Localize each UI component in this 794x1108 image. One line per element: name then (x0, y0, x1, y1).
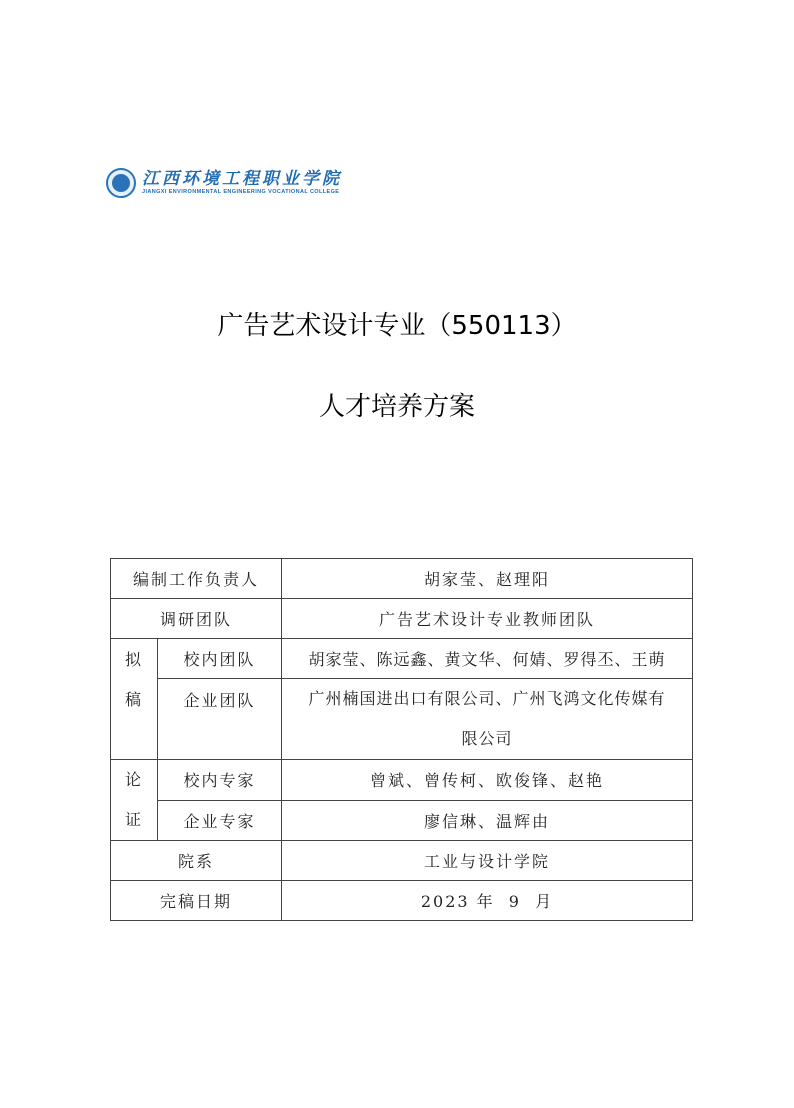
label-cell: 校内专家 (158, 760, 282, 801)
college-logo: 江西环境工程职业学院 JIANGXI ENVIRONMENTAL ENGINEE… (106, 168, 342, 198)
value-cell: 2023 年 9 月 (282, 881, 693, 921)
document-title: 广告艺术设计专业（550113） (0, 305, 794, 342)
group-label-char: 拟 (111, 640, 157, 680)
document-subtitle: 人才培养方案 (0, 386, 794, 423)
value-cell: 广州楠国进出口有限公司、广州飞鸿文化传媒有 限公司 (282, 679, 693, 760)
label-cell: 校内团队 (158, 639, 282, 679)
label-cell: 完稿日期 (111, 881, 282, 921)
label-cell: 企业专家 (158, 800, 282, 841)
table-row: 企业专家 廖信琳、温辉由 (111, 800, 693, 841)
group-label-char: 稿 (111, 680, 157, 720)
value-cell: 胡家莹、陈远鑫、黄文华、何婧、罗得丕、王萌 (282, 639, 693, 679)
table-row: 编制工作负责人 胡家莹、赵理阳 (111, 559, 693, 599)
label-cell: 编制工作负责人 (111, 559, 282, 599)
value-cell: 工业与设计学院 (282, 841, 693, 881)
label-cell: 院系 (111, 841, 282, 881)
table-row: 完稿日期 2023 年 9 月 (111, 881, 693, 921)
table-row: 调研团队 广告艺术设计专业教师团队 (111, 599, 693, 639)
value-cell: 廖信琳、温辉由 (282, 800, 693, 841)
label-cell: 企业团队 (158, 679, 282, 760)
table-row: 论 证 校内专家 曾斌、曾传柯、欧俊锋、赵艳 (111, 760, 693, 801)
table-row: 企业团队 广州楠国进出口有限公司、广州飞鸿文化传媒有 限公司 (111, 679, 693, 760)
value-cell: 胡家莹、赵理阳 (282, 559, 693, 599)
value-cell: 曾斌、曾传柯、欧俊锋、赵艳 (282, 760, 693, 801)
review-group-cell: 论 证 (111, 760, 158, 841)
label-cell: 调研团队 (111, 599, 282, 639)
table-row: 院系 工业与设计学院 (111, 841, 693, 881)
college-name-cn: 江西环境工程职业学院 (142, 170, 342, 189)
value-cell: 广告艺术设计专业教师团队 (282, 599, 693, 639)
drafting-group-cell: 拟 稿 (111, 639, 158, 760)
info-table: 编制工作负责人 胡家莹、赵理阳 调研团队 广告艺术设计专业教师团队 拟 稿 校内… (110, 558, 693, 921)
table-row: 拟 稿 校内团队 胡家莹、陈远鑫、黄文华、何婧、罗得丕、王萌 (111, 639, 693, 679)
college-name-en: JIANGXI ENVIRONMENTAL ENGINEERING VOCATI… (142, 189, 342, 196)
college-emblem-icon (106, 168, 136, 198)
